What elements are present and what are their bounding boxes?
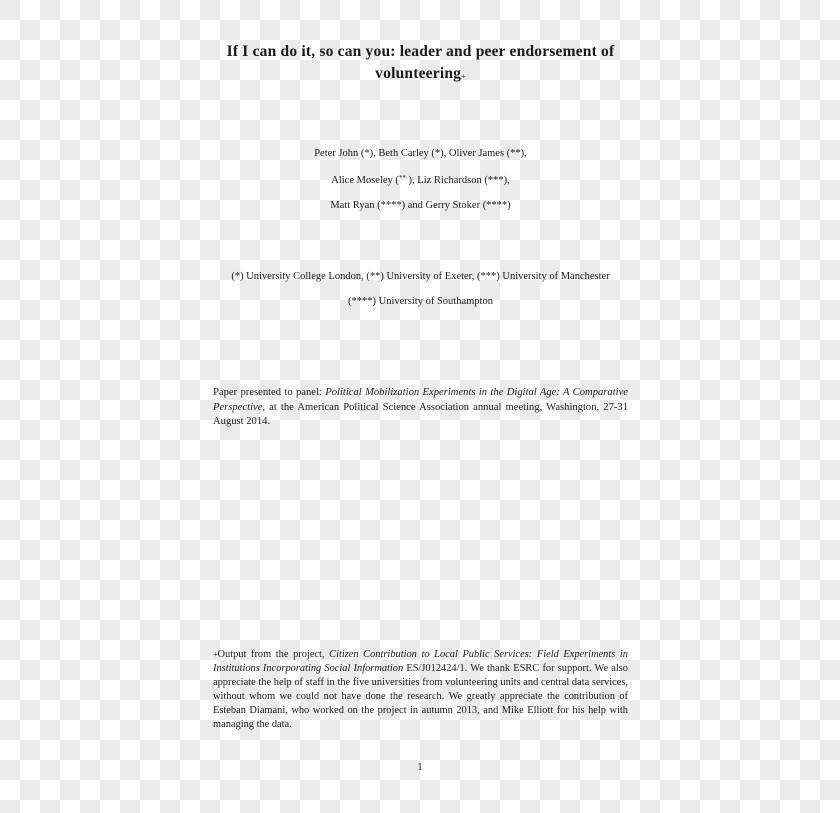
- footnote: +Output from the project, Citizen Contri…: [213, 648, 628, 732]
- title-line-1: If I can do it, so can you: leader and p…: [213, 41, 628, 63]
- affiliation-line-2: (****) University of Southampton: [213, 289, 628, 314]
- author-line-1: Peter John (*), Beth Carley (*), Oliver …: [213, 141, 628, 166]
- affiliation-list: (*) University College London, (**) Univ…: [213, 264, 628, 314]
- footnote-pre: Output from the project,: [218, 649, 330, 660]
- author-line-2-pre: Alice Moseley (: [331, 175, 399, 186]
- author-line-2: Alice Moseley (** ), Liz Richardson (***…: [213, 166, 628, 193]
- author-line-2-post: ), Liz Richardson (***),: [406, 175, 510, 186]
- affiliation-line-1: (*) University College London, (**) Univ…: [213, 264, 628, 289]
- presentation-note-pre: Paper presented to panel:: [213, 387, 325, 398]
- author-line-2-sup: **: [399, 174, 406, 182]
- title-line-2: volunteering+: [213, 63, 628, 88]
- author-line-3: Matt Ryan (****) and Gerry Stoker (****): [213, 193, 628, 218]
- presentation-note-post: , at the American Political Science Asso…: [213, 402, 628, 428]
- presentation-note: Paper presented to panel: Political Mobi…: [213, 386, 628, 430]
- title-line-2-text: volunteering: [375, 65, 461, 82]
- title-footnote-marker[interactable]: +: [461, 72, 466, 81]
- author-list: Peter John (*), Beth Carley (*), Oliver …: [213, 141, 628, 218]
- document-page: If I can do it, so can you: leader and p…: [0, 0, 840, 813]
- paper-title: If I can do it, so can you: leader and p…: [213, 41, 628, 88]
- page-number: 1: [413, 762, 427, 773]
